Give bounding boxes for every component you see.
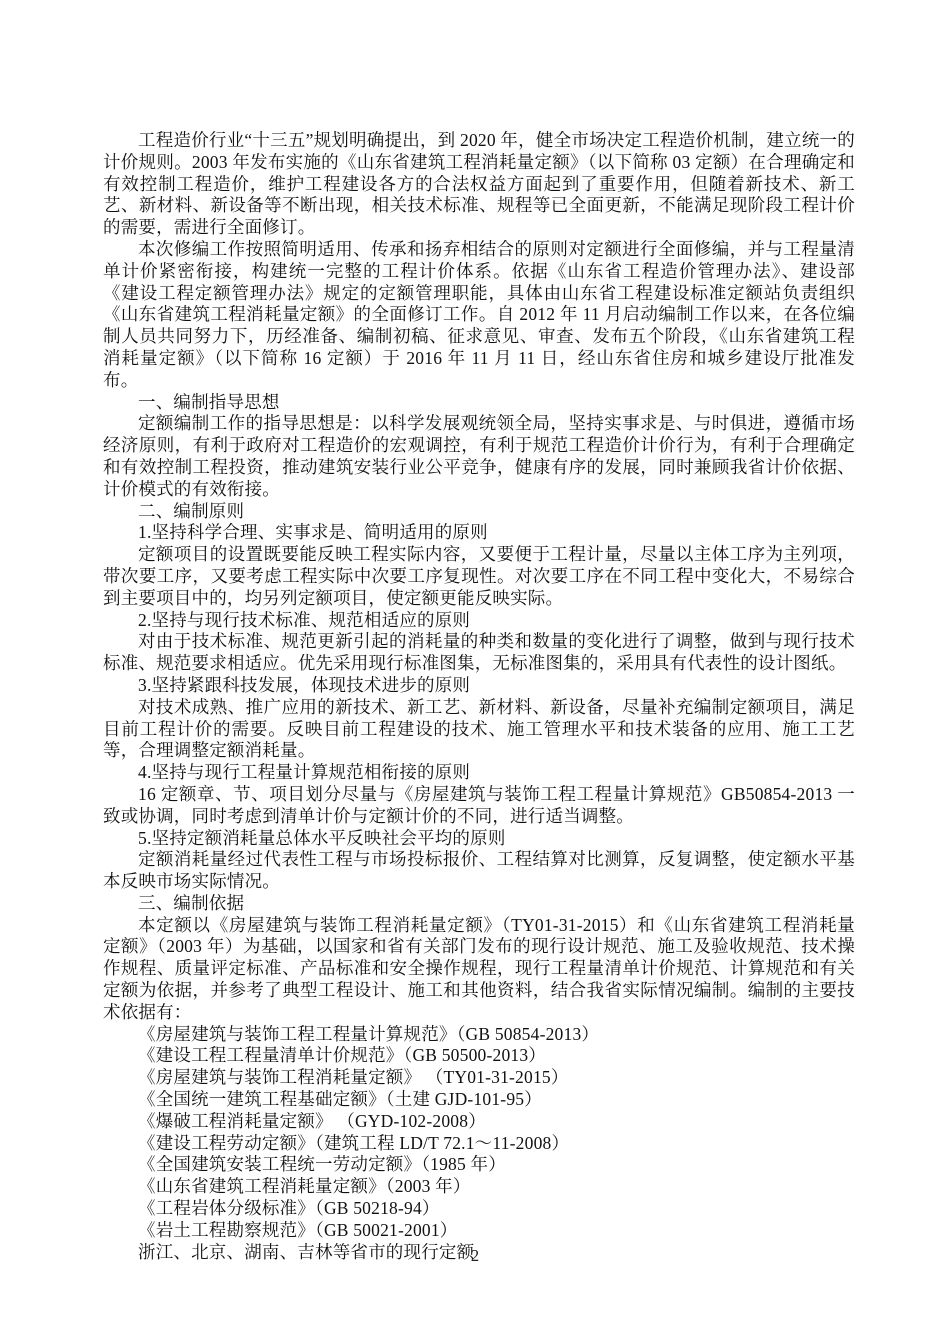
- reference-item: 《建设工程工程量清单计价规范》（GB 50500-2013）: [103, 1045, 855, 1067]
- document-content: 工程造价行业“十三五”规划明确提出，到 2020 年，健全市场决定工程造价机制，…: [103, 130, 855, 1263]
- page-number: 2: [0, 1246, 950, 1266]
- paragraph: 对由于技术标准、规范更新引起的消耗量的种类和数量的变化进行了调整，做到与现行技术…: [103, 631, 855, 675]
- paragraph: 本定额以《房屋建筑与装饰工程消耗量定额》（TY01-31-2015）和《山东省建…: [103, 915, 855, 1024]
- paragraph: 16 定额章、节、项目划分尽量与《房屋建筑与装饰工程工程量计算规范》GB5085…: [103, 784, 855, 828]
- section-heading: 一、编制指导思想: [103, 392, 855, 414]
- paragraph: 定额消耗量经过代表性工程与市场投标报价、工程结算对比测算，反复调整，使定额水平基…: [103, 849, 855, 893]
- section-heading: 5.坚持定额消耗量总体水平反映社会平均的原则: [103, 828, 855, 850]
- reference-item: 《房屋建筑与装饰工程消耗量定额》 （TY01-31-2015）: [103, 1067, 855, 1089]
- paragraph: 工程造价行业“十三五”规划明确提出，到 2020 年，健全市场决定工程造价机制，…: [103, 130, 855, 239]
- paragraph: 对技术成熟、推广应用的新技术、新工艺、新材料、新设备，尽量补充编制定额项目，满足…: [103, 697, 855, 762]
- reference-item: 《房屋建筑与装饰工程工程量计算规范》（GB 50854-2013）: [103, 1024, 855, 1046]
- reference-item: 《建设工程劳动定额》（建筑工程 LD/T 72.1～11-2008）: [103, 1133, 855, 1155]
- section-heading: 二、编制原则: [103, 501, 855, 523]
- section-heading: 三、编制依据: [103, 893, 855, 915]
- reference-item: 《岩土工程勘察规范》（GB 50021-2001）: [103, 1220, 855, 1242]
- section-heading: 4.坚持与现行工程量计算规范相衔接的原则: [103, 762, 855, 784]
- reference-item: 《工程岩体分级标准》（GB 50218-94）: [103, 1198, 855, 1220]
- paragraph: 定额编制工作的指导思想是：以科学发展观统领全局，坚持实事求是、与时俱进，遵循市场…: [103, 413, 855, 500]
- section-heading: 3.坚持紧跟科技发展，体现技术进步的原则: [103, 675, 855, 697]
- paragraph: 本次修编工作按照简明适用、传承和扬弃相结合的原则对定额进行全面修编，并与工程量清…: [103, 239, 855, 392]
- document-page: 工程造价行业“十三五”规划明确提出，到 2020 年，健全市场决定工程造价机制，…: [0, 0, 950, 1344]
- section-heading: 2.坚持与现行技术标准、规范相适应的原则: [103, 610, 855, 632]
- reference-item: 《山东省建筑工程消耗量定额》（2003 年）: [103, 1176, 855, 1198]
- paragraph: 定额项目的设置既要能反映工程实际内容，又要便于工程计量，尽量以主体工序为主列项，…: [103, 544, 855, 609]
- reference-item: 《爆破工程消耗量定额》 （GYD-102-2008）: [103, 1111, 855, 1133]
- reference-item: 《全国统一建筑工程基础定额》（土建 GJD-101-95）: [103, 1089, 855, 1111]
- section-heading: 1.坚持科学合理、实事求是、简明适用的原则: [103, 522, 855, 544]
- reference-item: 《全国建筑安装工程统一劳动定额》（1985 年）: [103, 1154, 855, 1176]
